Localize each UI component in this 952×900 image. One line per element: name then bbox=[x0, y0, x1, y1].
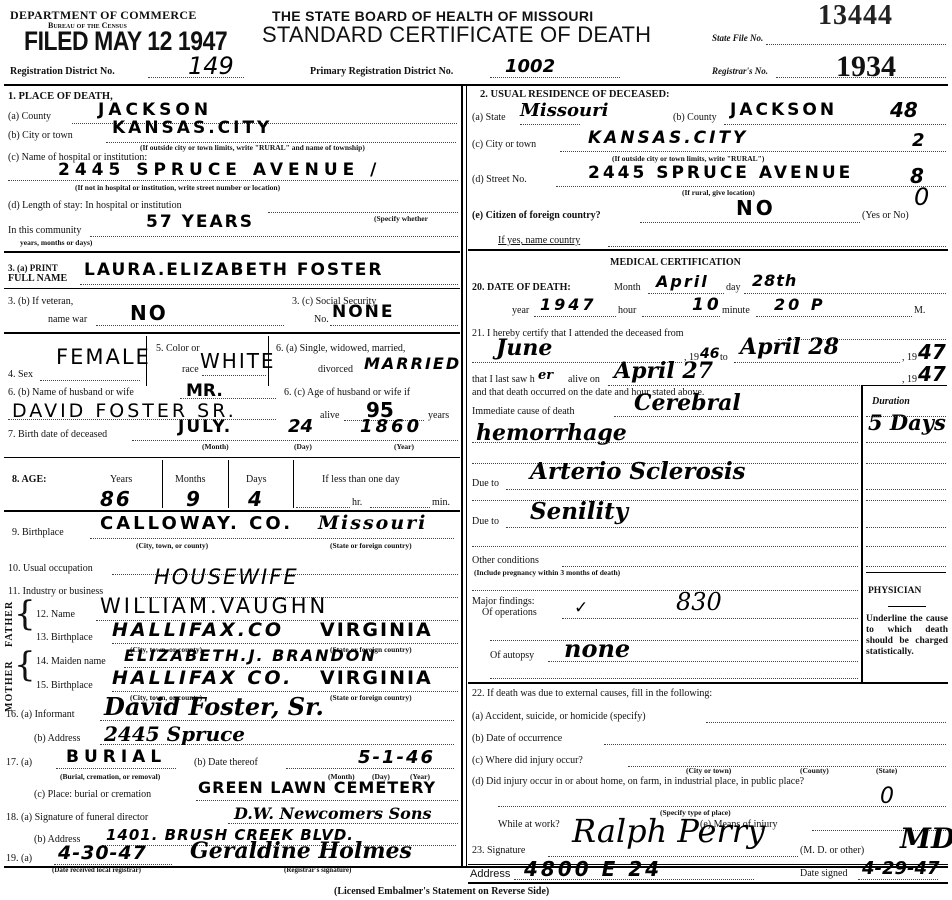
registrar-no-label: Registrar's No. bbox=[712, 66, 768, 76]
sex-label: 4. Sex bbox=[8, 369, 33, 380]
last-seen-pronoun: er bbox=[538, 368, 553, 383]
death-minute-label: minute bbox=[722, 305, 750, 316]
death-day-value[interactable]: 28th bbox=[752, 271, 797, 290]
registration-district-label: Registration District No. bbox=[10, 66, 115, 77]
due-to-value-1[interactable]: Arterio Sclerosis bbox=[530, 458, 746, 485]
death-city-value[interactable]: KANSAS.CITY bbox=[112, 118, 272, 138]
mother-brace: { bbox=[14, 648, 36, 682]
residence-county-code: 48 bbox=[890, 98, 918, 122]
age-years-label: Years bbox=[110, 474, 132, 485]
mother-birthplace-label: 15. Birthplace bbox=[36, 680, 93, 691]
residence-city-label: (c) City or town bbox=[472, 139, 536, 150]
father-name-value[interactable]: WILLIAM.VAUGHN bbox=[100, 594, 328, 618]
place-of-death-heading: 1. PLACE OF DEATH, bbox=[8, 91, 113, 102]
injury-county-hint: (County) bbox=[800, 766, 829, 775]
father-birthplace-label: 13. Birthplace bbox=[36, 632, 93, 643]
attended-to-year[interactable]: 47 bbox=[918, 340, 946, 364]
age-months-value[interactable]: 9 bbox=[186, 487, 200, 511]
residence-city-code: 2 bbox=[912, 130, 925, 151]
md-or-other-label: (M. D. or other) bbox=[800, 845, 864, 856]
accident-label: (a) Accident, suicide, or homicide (spec… bbox=[472, 711, 646, 722]
received-date-value[interactable]: 4-30-47 bbox=[58, 842, 147, 864]
injury-place-label: (d) Did injury occur in or about home, o… bbox=[472, 776, 804, 787]
burial-place-label: (c) Place: burial or cremation bbox=[34, 789, 151, 800]
birthplace-state-value[interactable]: Missouri bbox=[318, 512, 427, 534]
sex-value[interactable]: FEMALE bbox=[56, 345, 151, 369]
immediate-cause-label: Immediate cause of death bbox=[472, 406, 574, 417]
registrar-signature-hint: (Registrar's signature) bbox=[284, 866, 351, 874]
disposition-hint: (Burial, cremation, or removal) bbox=[60, 772, 160, 781]
death-minute-value[interactable]: 20 P bbox=[774, 295, 826, 314]
mother-name-value[interactable]: ELIZABETH.J. BRANDON bbox=[124, 646, 377, 665]
foreign-country-label: If yes, name country bbox=[498, 235, 580, 246]
registrar-number: 1934 bbox=[836, 50, 896, 84]
attended-to-value[interactable]: April 28 bbox=[740, 334, 839, 360]
full-name-label-top: 3. (a) PRINT bbox=[8, 264, 58, 273]
full-name-value[interactable]: LAURA.ELIZABETH FOSTER bbox=[84, 260, 383, 280]
death-hour-label: hour bbox=[618, 305, 636, 316]
divorced-label: divorced bbox=[318, 364, 353, 375]
state-file-label: State File No. bbox=[712, 33, 763, 43]
due-to-label-1: Due to bbox=[472, 478, 499, 489]
spouse-alive-label: alive bbox=[320, 410, 339, 421]
mother-name-label: 14. Maiden name bbox=[36, 656, 106, 667]
residence-state-value[interactable]: Missouri bbox=[520, 100, 608, 121]
father-name-label: 12. Name bbox=[36, 609, 75, 620]
informant-value[interactable]: David Foster, Sr. bbox=[104, 692, 324, 721]
community-label: In this community bbox=[8, 225, 81, 236]
age-label: 8. AGE: bbox=[12, 474, 46, 485]
hospital-hint: (If not in hospital or institution, writ… bbox=[75, 183, 280, 192]
physician-heading: PHYSICIAN bbox=[868, 586, 921, 596]
birthplace-state-hint: (State or foreign country) bbox=[330, 541, 412, 550]
death-month-value[interactable]: April bbox=[656, 272, 709, 291]
death-city-label: (b) City or town bbox=[8, 130, 73, 141]
physician-address-value[interactable]: 4800 E 24 bbox=[524, 857, 662, 881]
date-signed-value[interactable]: 4-29-47 bbox=[862, 858, 940, 879]
death-county-label: (a) County bbox=[8, 111, 51, 122]
to-label: to bbox=[720, 352, 728, 363]
citizen-hint: (Yes or No) bbox=[862, 210, 909, 221]
residence-city-value[interactable]: KANSAS.CITY bbox=[588, 128, 748, 148]
occupation-label: 10. Usual occupation bbox=[8, 563, 93, 574]
external-causes-heading: 22. If death was due to external causes,… bbox=[472, 688, 712, 699]
ssn-no-label: No. bbox=[314, 314, 329, 325]
age-days-value[interactable]: 4 bbox=[248, 487, 262, 511]
age-years-value[interactable]: 86 bbox=[100, 487, 132, 511]
minutes-label: min. bbox=[432, 497, 450, 508]
injury-city-hint: (City or town) bbox=[686, 766, 731, 775]
birthplace-city-hint: (City, town, or county) bbox=[136, 541, 208, 550]
death-year-value[interactable]: 1947 bbox=[540, 295, 597, 314]
autopsy-value[interactable]: none bbox=[564, 634, 630, 663]
operations-note[interactable]: 830 bbox=[676, 588, 722, 616]
spouse-age-unit: years bbox=[428, 410, 449, 421]
date-of-death-label: 20. DATE OF DEATH: bbox=[472, 282, 571, 293]
operations-label: Of operations bbox=[482, 607, 537, 618]
mother-birthplace-city[interactable]: HALLIFAX CO. bbox=[112, 667, 293, 689]
death-hour-value[interactable]: 10 bbox=[692, 295, 722, 315]
injury-place-value[interactable]: 0 bbox=[880, 784, 894, 809]
due-to-label-2: Due to bbox=[472, 516, 499, 527]
birthplace-city-value[interactable]: CALLOWAY. CO. bbox=[100, 513, 293, 534]
mother-state-hint: (State or foreign country) bbox=[330, 693, 412, 702]
veteran-label: 3. (b) If veteran, bbox=[8, 296, 73, 307]
burial-date-label: (b) Date thereof bbox=[194, 757, 258, 768]
disposition-label: 17. (a) bbox=[6, 757, 32, 768]
industry-value[interactable]: HOUSEWIFE bbox=[154, 565, 299, 589]
other-conditions-label: Other conditions bbox=[472, 555, 539, 566]
race-value[interactable]: WHITE bbox=[200, 349, 276, 373]
operations-mark: ✓ bbox=[574, 598, 588, 618]
attended-to-year-prefix: , 19 bbox=[902, 352, 917, 363]
birth-year-value[interactable]: 1860 bbox=[360, 416, 422, 437]
primary-district-label: Primary Registration District No. bbox=[310, 66, 453, 77]
last-seen-date[interactable]: April 27 bbox=[614, 358, 713, 384]
physician-address-label: Address bbox=[470, 868, 510, 880]
age-months-label: Months bbox=[175, 474, 206, 485]
father-brace: { bbox=[14, 597, 36, 631]
disposition-value[interactable]: BURIAL bbox=[66, 747, 166, 767]
registrar-signature[interactable]: Geraldine Holmes bbox=[190, 838, 412, 864]
hours-label: hr. bbox=[352, 497, 362, 508]
residence-county-label: (b) County bbox=[673, 112, 717, 123]
physician-title-value[interactable]: MD bbox=[900, 822, 952, 855]
street-value[interactable]: 2445 SPRUCE AVENUE bbox=[588, 163, 853, 183]
citizen-label: (e) Citizen of foreign country? bbox=[472, 210, 601, 221]
medical-certification-heading: MEDICAL CERTIFICATION bbox=[610, 257, 741, 268]
death-month-label: Month bbox=[614, 282, 641, 293]
informant-address-label: (b) Address bbox=[34, 733, 80, 744]
length-of-stay-label: (d) Length of stay: In hospital or insti… bbox=[8, 200, 182, 211]
attended-from-value[interactable]: June bbox=[496, 335, 552, 361]
certificate-title: STANDARD CERTIFICATE OF DEATH bbox=[262, 22, 651, 48]
death-day-label: day bbox=[726, 282, 740, 293]
birth-day-hint: (Day) bbox=[294, 442, 312, 451]
birthplace-label: 9. Birthplace bbox=[12, 527, 64, 538]
race-label: 5. Color or bbox=[156, 343, 200, 354]
spouse-label: 6. (b) Name of husband or wife bbox=[8, 387, 134, 398]
residence-heading: 2. USUAL RESIDENCE OF DECEASED: bbox=[480, 89, 670, 100]
residence-county-value[interactable]: JACKSON bbox=[730, 100, 837, 120]
age-days-label: Days bbox=[246, 474, 267, 485]
hospital-value[interactable]: 2445 SPRUCE AVENUE / bbox=[58, 160, 381, 180]
birth-year-hint: (Year) bbox=[394, 442, 414, 451]
street-label: (d) Street No. bbox=[472, 174, 527, 185]
birth-month-hint: (Month) bbox=[202, 442, 229, 451]
injury-state-hint: (State) bbox=[876, 766, 897, 775]
specify-whether-hint: (Specify whether bbox=[374, 214, 428, 223]
marital-status-value[interactable]: MARRIED bbox=[364, 354, 461, 373]
birth-month-value[interactable]: JULY. bbox=[178, 417, 232, 437]
last-seen-year-prefix: , 19 bbox=[902, 374, 917, 385]
date-signed-label: Date signed bbox=[800, 868, 848, 879]
autopsy-label: Of autopsy bbox=[490, 650, 534, 661]
occurrence-date-label: (b) Date of occurrence bbox=[472, 733, 562, 744]
other-conditions-hint: (Include pregnancy within 3 months of de… bbox=[474, 568, 620, 577]
duration-label: Duration bbox=[872, 396, 910, 407]
embalmer-statement-note: (Licensed Embalmer's Statement on Revers… bbox=[334, 886, 549, 897]
physician-underline-note: Underline the cause to which death shoul… bbox=[866, 614, 948, 658]
funeral-director-label: 18. (a) Signature of funeral director bbox=[6, 812, 148, 823]
informant-label: 16. (a) Informant bbox=[6, 709, 75, 720]
marital-status-label: 6. (a) Single, widowed, married, bbox=[276, 343, 405, 354]
informant-address-value[interactable]: 2445 Spruce bbox=[104, 722, 245, 746]
father-birthplace-state[interactable]: VIRGINIA bbox=[320, 619, 433, 641]
burial-place-value[interactable]: GREEN LAWN CEMETERY bbox=[198, 778, 436, 797]
community-hint: years, months or days) bbox=[20, 238, 92, 247]
injury-location-label: (c) Where did injury occur? bbox=[472, 755, 583, 766]
citizen-value[interactable]: NO bbox=[736, 196, 776, 220]
immediate-cause-value[interactable]: Cerebral bbox=[634, 390, 741, 416]
alive-on-label: alive on bbox=[568, 374, 600, 385]
immediate-duration-value[interactable]: 5 Days bbox=[868, 410, 946, 435]
death-county-value[interactable]: JACKSON bbox=[98, 100, 212, 120]
physician-signature-label: 23. Signature bbox=[472, 845, 525, 856]
while-at-work-label: While at work? bbox=[498, 819, 560, 830]
state-file-number: 13444 bbox=[818, 0, 893, 32]
registration-district-value: 149 bbox=[188, 52, 234, 80]
less-than-day-label: If less than one day bbox=[322, 474, 400, 485]
mother-birthplace-state[interactable]: VIRGINIA bbox=[320, 667, 433, 689]
death-city-hint: (If outside city or town limits, write "… bbox=[140, 143, 365, 152]
social-security-value[interactable]: NONE bbox=[332, 302, 395, 322]
full-name-label: FULL NAME bbox=[8, 273, 67, 284]
residence-extra-code: 0 bbox=[914, 183, 929, 211]
received-hint: (Date received local registrar) bbox=[52, 866, 141, 874]
race-sub-label: race bbox=[182, 364, 199, 375]
physician-signature[interactable]: Ralph Perry bbox=[572, 812, 765, 850]
primary-district-value: 1002 bbox=[505, 56, 555, 77]
last-seen-label: that I last saw h bbox=[472, 374, 535, 385]
last-seen-year[interactable]: 47 bbox=[918, 362, 946, 386]
received-label: 19. (a) bbox=[6, 853, 32, 864]
residence-state-label: (a) State bbox=[472, 112, 506, 123]
spouse-age-label: 6. (c) Age of husband or wife if bbox=[284, 387, 410, 398]
burial-date-value[interactable]: 5-1-46 bbox=[358, 747, 435, 768]
death-year-label: year bbox=[512, 305, 529, 316]
birth-day-value[interactable]: 24 bbox=[288, 416, 313, 437]
war-label: name war bbox=[48, 314, 87, 325]
funeral-director-signature[interactable]: D.W. Newcomers Sons bbox=[234, 804, 431, 823]
residence-city-hint: (If outside city or town limits, write "… bbox=[612, 154, 764, 163]
father-birthplace-city[interactable]: HALLIFAX.CO bbox=[112, 619, 284, 641]
major-findings-label: Major findings: bbox=[472, 596, 535, 607]
veteran-value[interactable]: NO bbox=[130, 301, 168, 325]
date-of-death-prefix: 20. DATE OF DEATH: bbox=[472, 282, 571, 293]
meridiem-suffix: M. bbox=[914, 305, 925, 316]
birth-date-label: 7. Birth date of deceased bbox=[8, 429, 107, 440]
due-to-value-2[interactable]: Senility bbox=[530, 498, 628, 525]
community-value[interactable]: 57 YEARS bbox=[146, 212, 254, 232]
